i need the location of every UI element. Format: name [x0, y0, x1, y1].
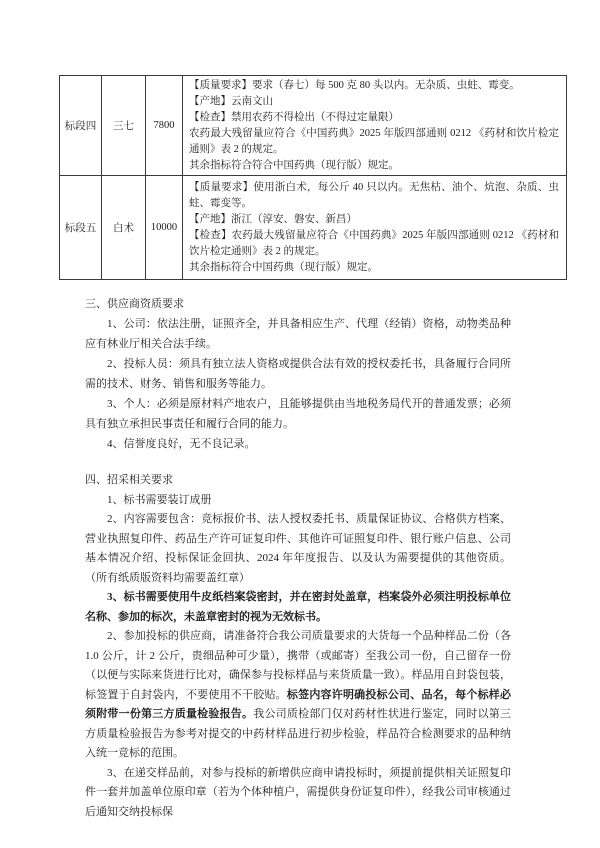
requirement-paragraph: 【产地】浙江（淳安、磐安、新昌）	[189, 212, 559, 228]
document-body: 三、供应商资质要求 1、公司：依法注册，证照齐全，并具备相应生产、代理（经销）资…	[85, 294, 511, 822]
spec-table-body: 标段四三七7800【质量要求】要求（春七）每 500 克 80 头以内。无杂质、…	[60, 76, 567, 280]
document-page: 标段四三七7800【质量要求】要求（春七）每 500 克 80 头以内。无杂质、…	[0, 0, 600, 848]
cell-requirements: 【质量要求】使用浙白术，每公斤 40 只以内。无焦枯、油个、炕泡、杂质、虫蛀、霉…	[183, 176, 567, 280]
text-segment: 3、个人：必须是原材料产地农户，且能够提供由当地税务局代开的普通发票；必须具有独…	[85, 398, 511, 430]
requirement-paragraph: 【检查】农药最大残留量应符合《中国药典》2025 年版四部通则 0212 《药材…	[189, 228, 559, 260]
body-paragraph: 2、参加投标的供应商，请准备符合我公司质量要求的大货每一个品种样品二份（各 1.…	[85, 627, 511, 764]
body-paragraph: 2、内容需要包含：竞标报价书、法人授权委托书、质量保证协议、合格供方档案、营业执…	[85, 510, 511, 588]
section-procurement-requirements: 四、招采相关要求 1、标书需要装订成册2、内容需要包含：竞标报价书、法人授权委托…	[85, 471, 511, 822]
requirement-paragraph: 【检查】禁用农药不得检出（不得过定量限）	[189, 110, 559, 126]
bold-text-segment: 3、标书需要使用牛皮纸档案袋密封，并在密封处盖章，档案袋外必须注明投标单位名称、…	[85, 591, 511, 623]
requirement-paragraph: 【产地】云南文山	[189, 94, 559, 110]
text-segment: 2、投标人员：须具有独立法人资格或提供合法有效的授权委托书，具备履行合同所需的技…	[85, 358, 511, 390]
section-heading: 三、供应商资质要求	[85, 294, 511, 314]
section-paragraphs: 1、标书需要装订成册2、内容需要包含：竞标报价书、法人授权委托书、质量保证协议、…	[85, 491, 511, 823]
text-segment: 2、内容需要包含：竞标报价书、法人授权委托书、质量保证协议、合格供方档案、营业执…	[85, 513, 511, 584]
body-paragraph: 3、在递交样品前，对参与投标的新增供应商申请投标时，须提前提供相关证照复印件一套…	[85, 764, 511, 823]
body-paragraph: 3、标书需要使用牛皮纸档案袋密封，并在密封处盖章，档案袋外必须注明投标单位名称、…	[85, 588, 511, 627]
cell-quantity: 7800	[146, 76, 183, 176]
text-segment: 1、公司：依法注册，证照齐全，并具备相应生产、代理（经销）资格，动物类品种应有林…	[85, 318, 511, 350]
body-paragraph: 1、公司：依法注册，证照齐全，并具备相应生产、代理（经销）资格，动物类品种应有林…	[85, 314, 511, 354]
text-segment: 1、标书需要装订成册	[107, 494, 212, 506]
body-paragraph: 4、信誉度良好，无不良记录。	[85, 434, 511, 454]
procurement-spec-table: 标段四三七7800【质量要求】要求（春七）每 500 克 80 头以内。无杂质、…	[59, 75, 567, 280]
cell-lot-number: 标段五	[60, 176, 102, 280]
body-paragraph: 1、标书需要装订成册	[85, 491, 511, 511]
requirement-paragraph: 其余指标符合中国药典（现行版）规定。	[189, 260, 559, 276]
requirement-paragraph: 【质量要求】使用浙白术，每公斤 40 只以内。无焦枯、油个、炕泡、杂质、虫蛀、霉…	[189, 180, 559, 212]
cell-quantity: 10000	[146, 176, 183, 280]
section-heading: 四、招采相关要求	[85, 471, 511, 491]
cell-product-name: 白术	[102, 176, 146, 280]
body-paragraph: 3、个人：必须是原材料产地农户，且能够提供由当地税务局代开的普通发票；必须具有独…	[85, 394, 511, 434]
section-supplier-qualifications: 三、供应商资质要求 1、公司：依法注册，证照齐全，并具备相应生产、代理（经销）资…	[85, 294, 511, 454]
requirement-paragraph: 其余指标符合符合中国药典（现行版）规定。	[189, 158, 559, 174]
cell-product-name: 三七	[102, 76, 146, 176]
requirement-paragraph: 【质量要求】要求（春七）每 500 克 80 头以内。无杂质、虫蛀、霉变。	[189, 78, 559, 94]
cell-lot-number: 标段四	[60, 76, 102, 176]
spec-table-row: 标段四三七7800【质量要求】要求（春七）每 500 克 80 头以内。无杂质、…	[60, 76, 567, 176]
text-segment: 3、在递交样品前，对参与投标的新增供应商申请投标时，须提前提供相关证照复印件一套…	[85, 767, 511, 818]
section-paragraphs: 1、公司：依法注册，证照齐全，并具备相应生产、代理（经销）资格，动物类品种应有林…	[85, 314, 511, 454]
spec-table-row: 标段五白术10000【质量要求】使用浙白术，每公斤 40 只以内。无焦枯、油个、…	[60, 176, 567, 280]
text-segment: 4、信誉度良好，无不良记录。	[107, 438, 256, 450]
body-paragraph: 2、投标人员：须具有独立法人资格或提供合法有效的授权委托书，具备履行合同所需的技…	[85, 354, 511, 394]
requirement-paragraph: 农药最大残留量应符合《中国药典》2025 年版四部通则 0212 《药材和饮片检…	[189, 126, 559, 158]
cell-requirements: 【质量要求】要求（春七）每 500 克 80 头以内。无杂质、虫蛀、霉变。【产地…	[183, 76, 567, 176]
